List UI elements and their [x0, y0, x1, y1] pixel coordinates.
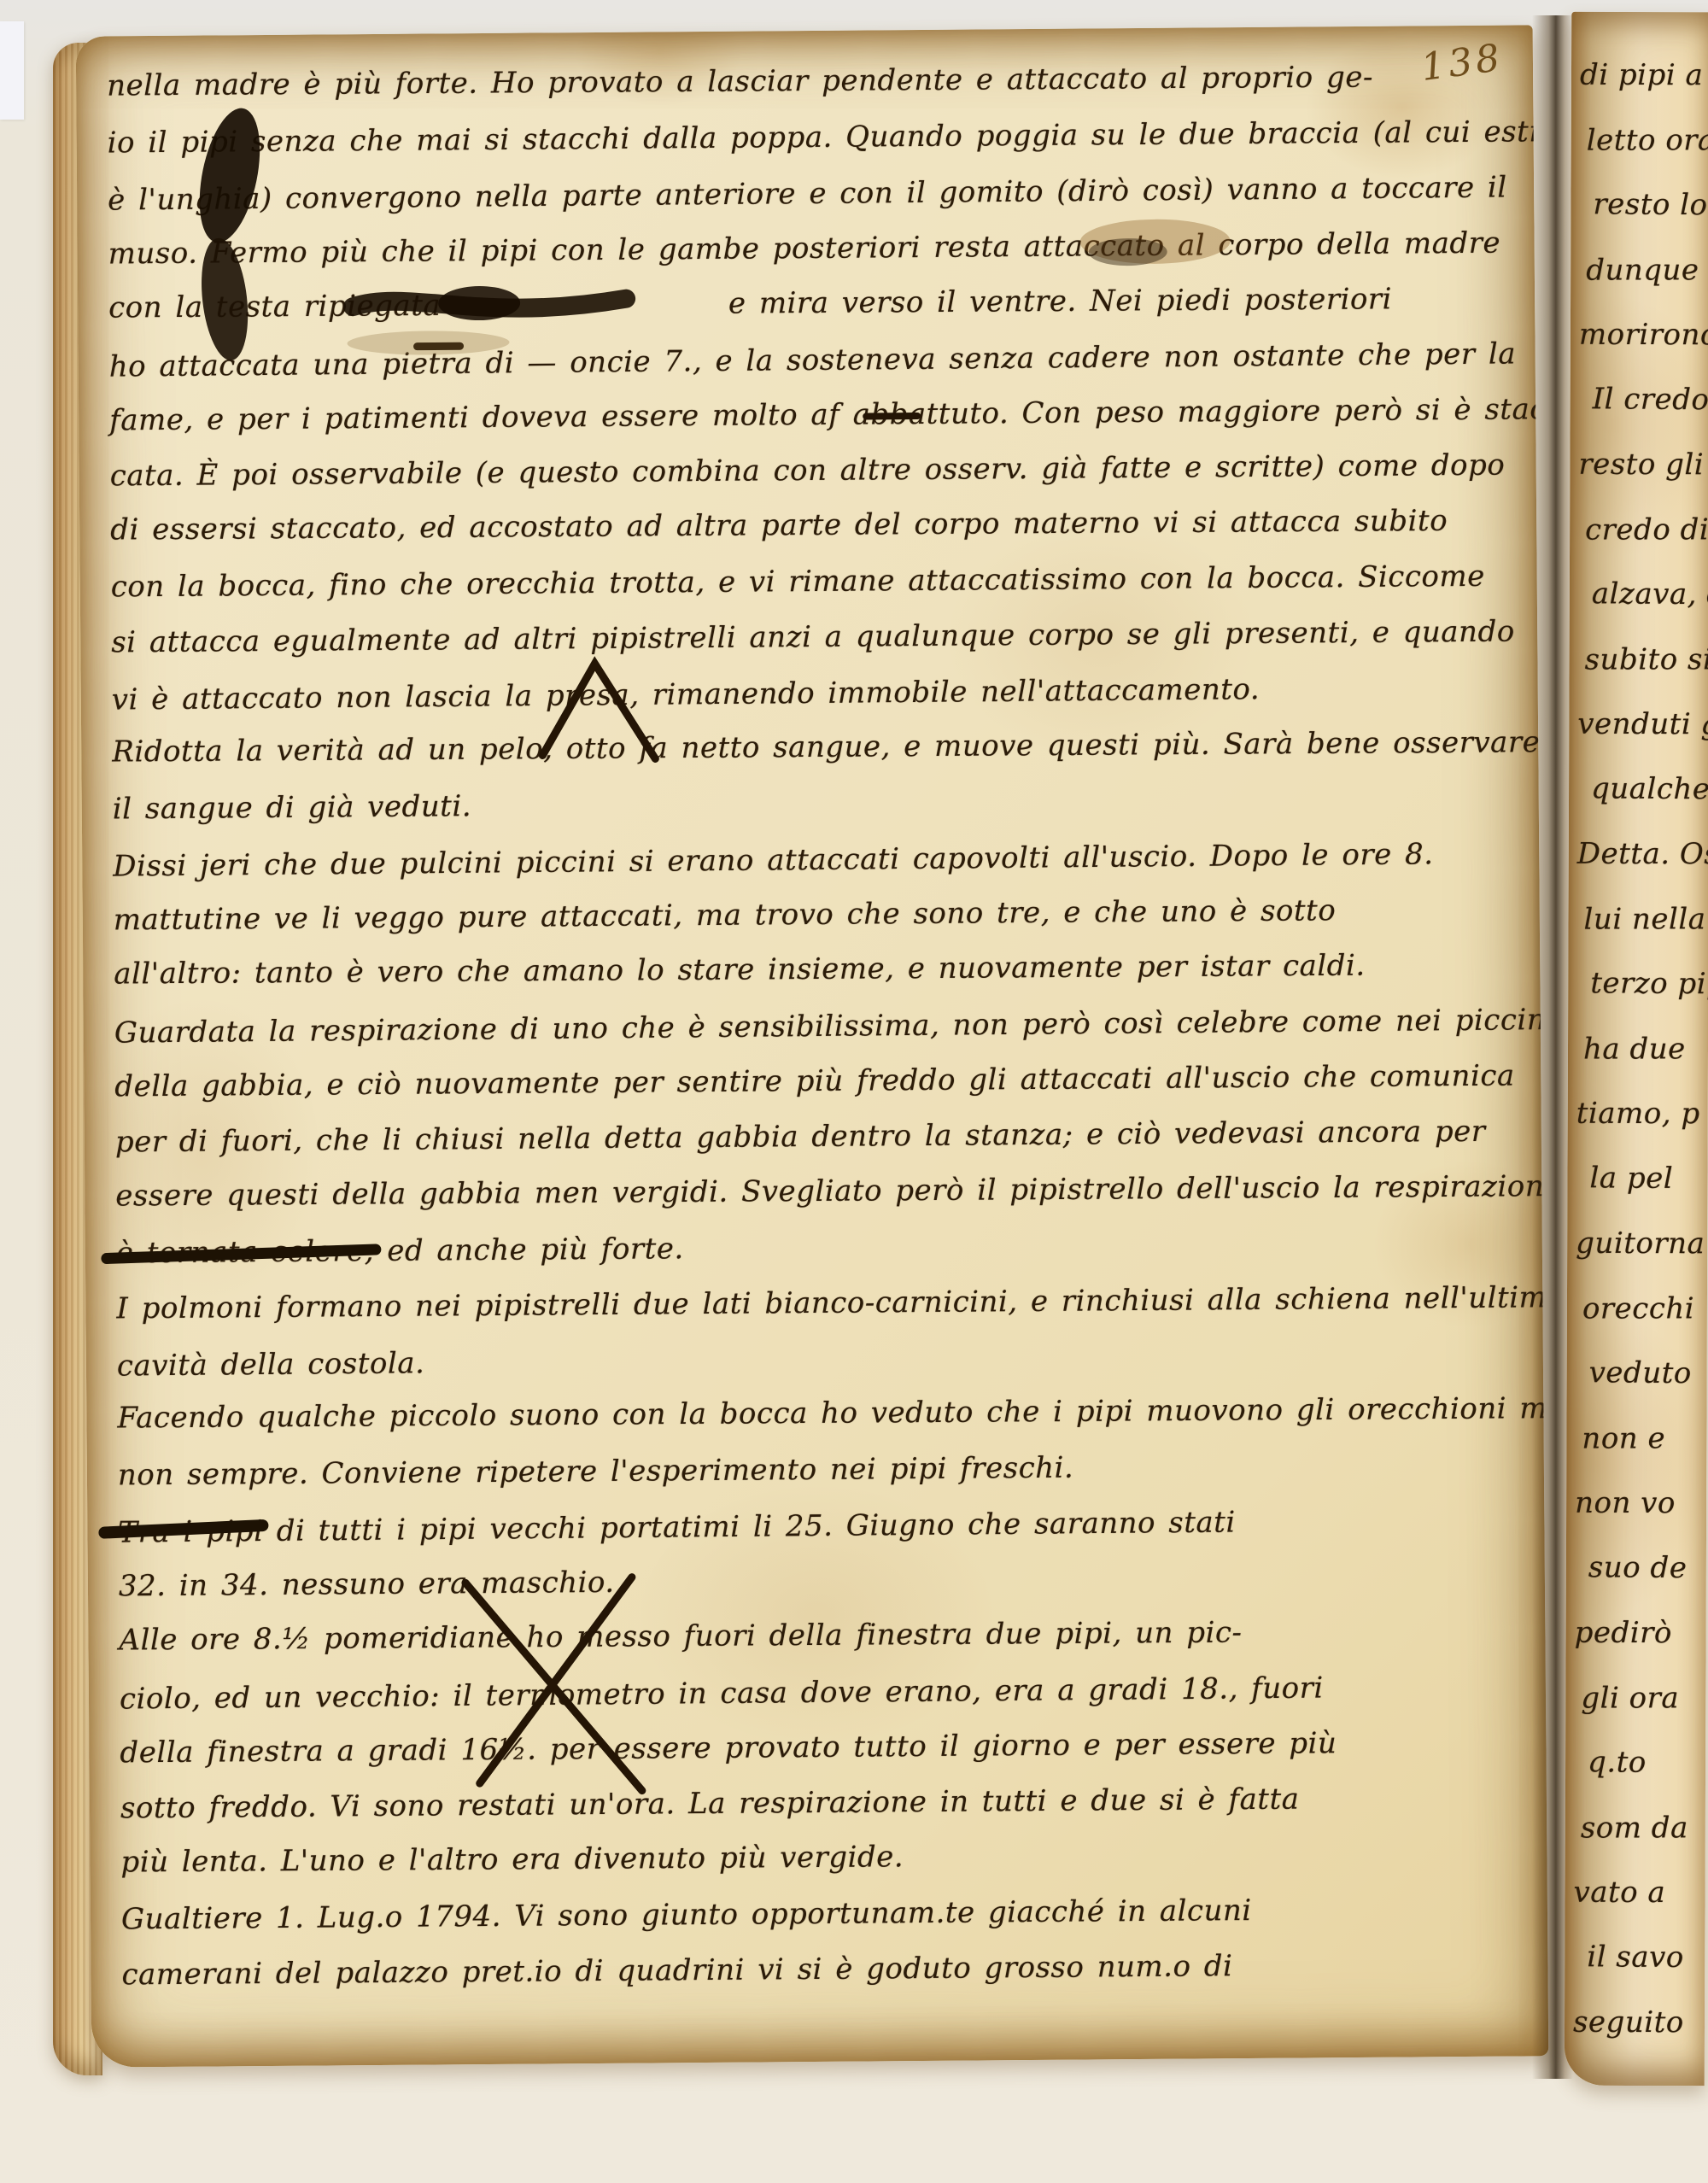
manuscript-line: nella madre è più forte. Ho provato a la…	[107, 49, 1541, 114]
manuscript-fragment-line: qualche ver	[1591, 756, 1708, 822]
manuscript-line: di essersi staccato, ed accostato ad alt…	[110, 493, 1545, 558]
manuscript-fragment-line: subito si è	[1585, 627, 1708, 693]
manuscript-fragment-line: alzava, d	[1592, 561, 1708, 628]
manuscript-fragment-line: ha due	[1583, 1016, 1708, 1082]
manuscript-line: essere questi della gabbia men vergidi. …	[115, 1159, 1548, 1224]
manuscript-line: Facendo qualche piccolo suono con la boc…	[117, 1381, 1548, 1446]
manuscript-fragment-line: non e	[1582, 1406, 1708, 1472]
manuscript-line: più lenta. L'uno e l'altro era divenuto …	[120, 1825, 1548, 1890]
manuscript-fragment-line: tiamo, p	[1576, 1081, 1708, 1147]
manuscript-line: camerani del palazzo pret.io di quadrini…	[121, 1936, 1548, 2003]
manuscript-fragment-line: q.to	[1588, 1729, 1708, 1796]
manuscript-fragment-line: Detta. Os	[1577, 822, 1708, 887]
manuscript-fragment-line: resto gli	[1578, 432, 1708, 498]
manuscript-fragment-line: la pel	[1589, 1145, 1708, 1212]
right-page-partial: di pipi aletto oraresto lodunque chmorir…	[1565, 12, 1708, 2086]
manuscript-fragment-line: Il credo che	[1592, 366, 1708, 433]
manuscript-fragment-line: veduto	[1588, 1340, 1708, 1407]
left-page: 138 nella madre è più forte. Ho provato …	[76, 25, 1549, 2067]
manuscript-fragment-line: orecchi	[1582, 1276, 1708, 1342]
manuscript-fragment-line: guitorna	[1576, 1211, 1708, 1277]
bookmark-tab	[0, 21, 24, 120]
manuscript-fragment-line: terzo pip	[1590, 951, 1708, 1017]
manuscript-text: nella madre è più forte. Ho provato a la…	[107, 49, 1548, 2003]
manuscript-line: Alle ore 8.½ pomeridiane ho messo fuori …	[119, 1603, 1548, 1668]
manuscript-fragment-line: vato a	[1573, 1860, 1708, 1926]
manuscript-fragment-line: letto ora	[1587, 108, 1708, 173]
manuscript-fragment-line: som da	[1581, 1795, 1708, 1861]
manuscript-line: con la testa ripiegata e mira verso il v…	[108, 271, 1543, 336]
manuscript-line: Ridotta la verità ad un pelo, otto fa ne…	[112, 715, 1547, 780]
manuscript-photo: { "document": { "kind": "open notebook w…	[0, 0, 1708, 2183]
right-page-text: di pipi aletto oraresto lodunque chmorir…	[1573, 43, 1708, 2056]
manuscript-fragment-line: credo di	[1585, 497, 1708, 563]
manuscript-fragment-line: gli ora	[1581, 1665, 1708, 1731]
manuscript-fragment-line: pedirò	[1574, 1601, 1708, 1666]
manuscript-fragment-line: di pipi a	[1580, 43, 1708, 108]
manuscript-fragment-line: non vo	[1575, 1471, 1708, 1536]
manuscript-fragment-line: resto lo	[1593, 172, 1708, 238]
manuscript-fragment-line: seguito	[1573, 1990, 1708, 2056]
manuscript-fragment-line: dunque ch	[1586, 237, 1708, 303]
manuscript-fragment-line: lui nella	[1583, 887, 1708, 952]
manuscript-fragment-line: il savo	[1587, 1924, 1708, 1991]
manuscript-fragment-line: suo de	[1588, 1535, 1708, 1601]
manuscript-fragment-line: morirono.	[1579, 302, 1708, 368]
manuscript-fragment-line: venduti gri	[1577, 692, 1708, 758]
manuscript-line: all'altro: tanto è vero che amano lo sta…	[114, 937, 1548, 1002]
